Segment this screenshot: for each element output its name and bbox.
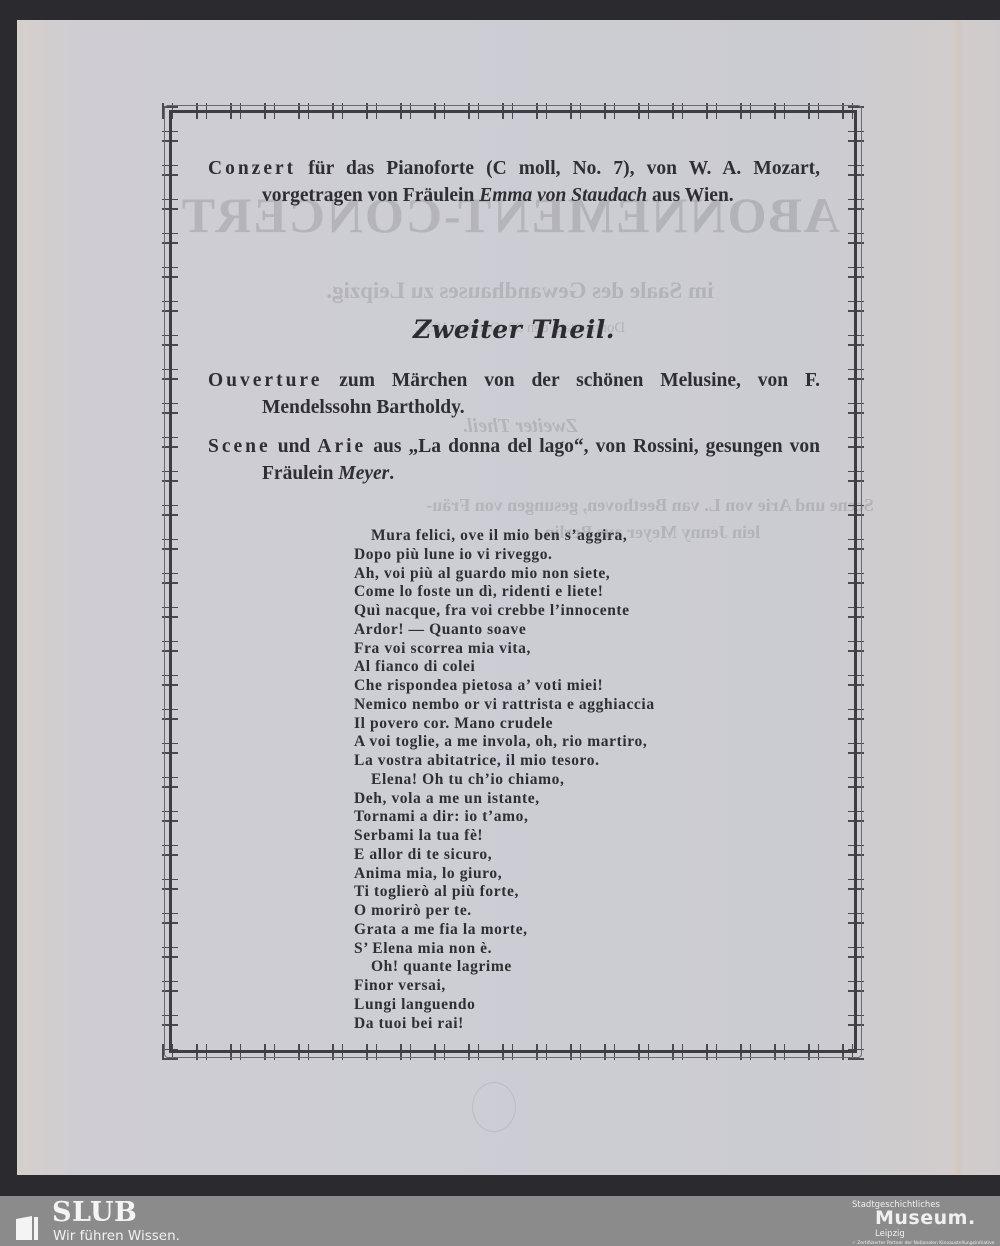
poem-line: Ardor! — Quanto soave: [354, 621, 694, 640]
section-title: Zweiter Theil.: [208, 315, 820, 344]
poem-line: Deh, vola a me un istante,: [354, 790, 694, 809]
poem-line: Fra voi scorrea mia vita,: [354, 640, 694, 659]
poem-line: O morirò per te.: [354, 902, 694, 921]
item-mid: und: [271, 436, 318, 457]
aria-lyrics: Mura felici, ove il mio ben s’aggira, Do…: [354, 527, 694, 1033]
poem-line: Ah, voi più al guardo mio non siete,: [354, 565, 694, 584]
poem-line: Ti toglierò al più forte,: [354, 883, 694, 902]
poem-line: E allor di te sicuro,: [354, 846, 694, 865]
item-text: zum Märchen von der schönen Melusine, vo…: [262, 370, 820, 418]
item-lead: Scene: [208, 436, 271, 457]
page-fold: [950, 20, 964, 1175]
program-content: Conzert für das Pianoforte (C moll, No. …: [208, 155, 820, 487]
item-lead: Ouverture: [208, 370, 322, 391]
poem-line: Nemico nembo or vi rattrista e agghiacci…: [354, 696, 694, 715]
item-tail: aus Wien.: [647, 185, 734, 206]
poem-line: Dopo più lune io vi riveggo.: [354, 546, 694, 565]
museum-city: Leipzig: [875, 1229, 905, 1239]
poem-line: Oh! quante lagrime: [354, 958, 694, 977]
item-lead2: Arie: [317, 436, 366, 457]
poem-line: Quì nacque, fra voi crebbe l’innocente: [354, 602, 694, 621]
item-tail: .: [389, 463, 394, 484]
program-item-aria: Scene und Arie aus „La donna del lago“, …: [208, 433, 820, 487]
poem-line: Anima mia, lo giuro,: [354, 865, 694, 884]
footer-bar: SLUB Wir führen Wissen. Stadtgeschichtli…: [0, 1196, 1000, 1246]
poem-line: Come lo foste un dì, ridenti e liete!: [354, 583, 694, 602]
poem-line: Grata a me fia la morte,: [354, 921, 694, 940]
poem-line: Tornami a dir: io t’amo,: [354, 808, 694, 827]
book-icon: [14, 1214, 40, 1242]
poem-line: Finor versai,: [354, 977, 694, 996]
poem-line: S’ Elena mia non è.: [354, 940, 694, 959]
poem-line: Al fianco di colei: [354, 658, 694, 677]
museum-name: Museum.: [875, 1207, 976, 1229]
poem-line: Il povero cor. Mano crudele: [354, 715, 694, 734]
slub-logo-text[interactable]: SLUB: [52, 1197, 137, 1228]
poem-line: Che rispondea pietosa a’ voti miei!: [354, 677, 694, 696]
poem-line: Mura felici, ove il mio ben s’aggira,: [354, 527, 694, 546]
program-item-overture: Ouverture zum Märchen von der schönen Me…: [208, 367, 820, 421]
program-item-concerto: Conzert für das Pianoforte (C moll, No. …: [208, 155, 820, 209]
poem-line: Da tuoi bei rai!: [354, 1015, 694, 1034]
poem-line: A voi toglie, a me invola, oh, rio marti…: [354, 733, 694, 752]
museum-note: ✓ Zertifizierter Partner der Nationalen …: [852, 1241, 995, 1246]
poem-line: Lungi languendo: [354, 996, 694, 1015]
performer-name: Emma von Staudach: [479, 185, 647, 206]
slub-tagline: Wir führen Wissen.: [53, 1228, 180, 1244]
embossed-seal: [472, 1082, 516, 1132]
performer-name: Meyer: [338, 463, 389, 484]
poem-line: Elena! Oh tu ch’io chiamo,: [354, 771, 694, 790]
item-lead: Conzert: [208, 158, 296, 179]
poem-line: Serbami la tua fè!: [354, 827, 694, 846]
poem-line: La vostra abitatrice, il mio tesoro.: [354, 752, 694, 771]
